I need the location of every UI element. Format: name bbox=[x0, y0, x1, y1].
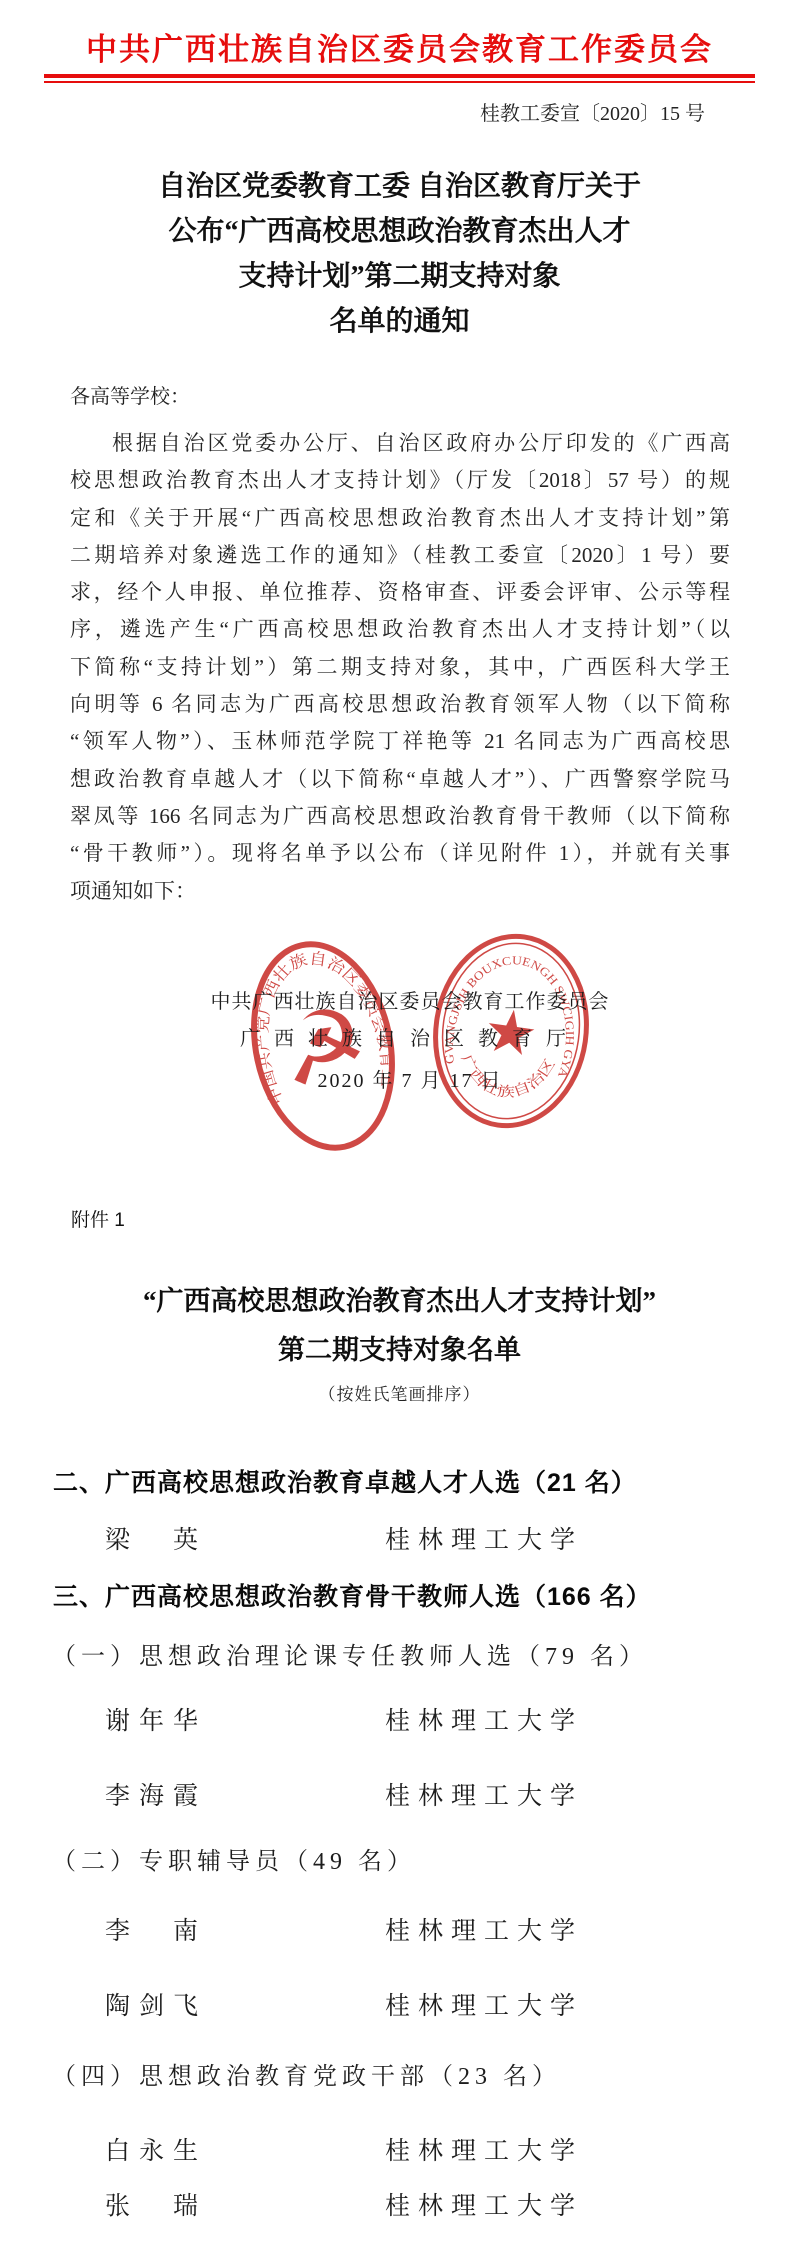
body-line: 校思想政治教育杰出人才支持计划》（厅发〔2018〕57 号）的规 bbox=[70, 462, 730, 499]
attachment-label: 附件 1 bbox=[71, 1205, 125, 1232]
entry-school: 桂林理工大学 bbox=[385, 1776, 583, 1812]
salutation: 各高等学校： bbox=[70, 380, 190, 409]
subsection-1-heading: （一）思想政治理论课专任教师人选（79 名） bbox=[52, 1636, 648, 1671]
masthead-rule-thick bbox=[44, 74, 755, 78]
body-line: 定和《关于开展“广西高校思想政治教育杰出人才支持计划”第 bbox=[70, 500, 730, 537]
entry-name: 李 南 bbox=[105, 1911, 207, 1947]
official-document-page: 中共广西壮族自治区委员会教育工作委员会 桂教工委宣〔2020〕15 号 自治区党… bbox=[0, 0, 799, 2244]
entry-name: 谢年华 bbox=[105, 1701, 207, 1737]
document-title-line-4: 名单的通知 bbox=[0, 299, 799, 344]
body-line: 向明等 6 名同志为广西高校思想政治教育领军人物（以下简称 bbox=[70, 686, 730, 723]
subsection-2-heading: （二）专职辅导员（49 名） bbox=[52, 1841, 416, 1876]
document-title-line-2: 公布“广西高校思想政治教育杰出人才 bbox=[0, 209, 799, 254]
entry-school: 桂林理工大学 bbox=[385, 1911, 583, 1947]
attachment-subtitle: （按姓氏笔画排序） bbox=[0, 1380, 799, 1405]
body-line: “领军人物”）、玉林师范学院丁祥艳等 21 名同志为广西高校思 bbox=[70, 723, 730, 760]
entry-school: 桂林理工大学 bbox=[385, 2131, 583, 2167]
document-title-line-1: 自治区党委教育工委 自治区教育厅关于 bbox=[0, 164, 799, 209]
entry-school: 桂林理工大学 bbox=[385, 1701, 583, 1737]
body-line: 想政治教育卓越人才（以下简称“卓越人才”）、广西警察学院马 bbox=[70, 761, 730, 798]
entry-school: 桂林理工大学 bbox=[385, 1986, 583, 2022]
signoff-org-line-1: 中共广西壮族自治区委员会教育工作委员会 bbox=[211, 985, 610, 1014]
entry-school: 桂林理工大学 bbox=[385, 2186, 583, 2222]
entry-name: 张 瑞 bbox=[105, 2186, 207, 2222]
signoff-org-line-2: 广西壮族自治区教育厅 bbox=[240, 1022, 580, 1051]
body-line: 下简称“支持计划”）第二期支持对象，其中，广西医科大学王 bbox=[70, 649, 730, 686]
attachment-title-line-2: 第二期支持对象名单 bbox=[0, 1326, 799, 1375]
entry-name: 梁 英 bbox=[105, 1520, 207, 1556]
body-line: “骨干教师”）。现将名单予以公布（详见附件 1），并就有关事 bbox=[70, 835, 730, 872]
attachment-title-line-1: “广西高校思想政治教育杰出人才支持计划” bbox=[0, 1277, 799, 1326]
body-paragraph: 根据自治区党委办公厅、自治区政府办公厅印发的《广西高 校思想政治教育杰出人才支持… bbox=[70, 425, 730, 910]
body-line: 求，经个人申报、单位推荐、资格审查、评委会评审、公示等程 bbox=[70, 574, 730, 611]
body-line: 序，遴选产生“广西高校思想政治教育杰出人才支持计划”（以 bbox=[70, 611, 730, 648]
body-line: 根据自治区党委办公厅、自治区政府办公厅印发的《广西高 bbox=[70, 425, 730, 462]
subsection-4-heading: （四）思想政治教育党政干部（23 名） bbox=[52, 2056, 561, 2091]
body-line: 项通知如下： bbox=[70, 873, 730, 910]
body-line: 翠凤等 166 名同志为广西高校思想政治教育骨干教师（以下简称 bbox=[70, 798, 730, 835]
entry-name: 李海霞 bbox=[105, 1776, 207, 1812]
entry-name: 陶剑飞 bbox=[105, 1986, 207, 2022]
body-line: 二期培养对象遴选工作的通知》（桂教工委宣〔2020〕1 号）要 bbox=[70, 537, 730, 574]
document-number: 桂教工委宣〔2020〕15 号 bbox=[480, 97, 705, 126]
attachment-title: “广西高校思想政治教育杰出人才支持计划” 第二期支持对象名单 bbox=[0, 1277, 799, 1375]
section-3-heading: 三、广西高校思想政治教育骨干教师人选（166 名） bbox=[53, 1577, 652, 1613]
document-title: 自治区党委教育工委 自治区教育厅关于 公布“广西高校思想政治教育杰出人才 支持计… bbox=[0, 164, 799, 344]
section-2-heading: 二、广西高校思想政治教育卓越人才人选（21 名） bbox=[53, 1463, 637, 1499]
document-title-line-3: 支持计划”第二期支持对象 bbox=[0, 254, 799, 299]
signoff-date: 2020 年 7 月 17 日 bbox=[318, 1064, 503, 1093]
entry-school: 桂林理工大学 bbox=[385, 1520, 583, 1556]
entry-name: 白永生 bbox=[105, 2131, 207, 2167]
masthead-rule-thin bbox=[44, 81, 755, 83]
masthead-org-title: 中共广西壮族自治区委员会教育工作委员会 bbox=[0, 24, 799, 69]
